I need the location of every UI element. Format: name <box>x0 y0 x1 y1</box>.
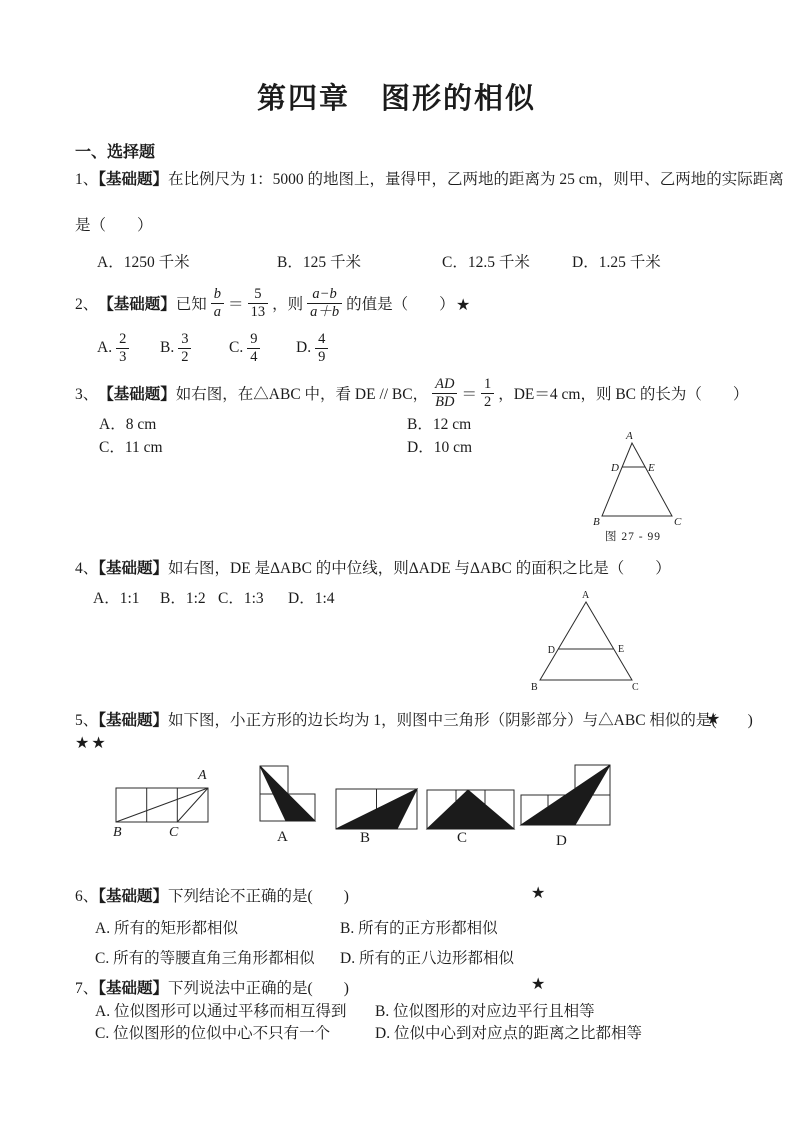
question-1-text: 在比例尺为 1：5000 的地图上，量得甲，乙两地的距离为 25 cm，则甲、乙… <box>168 171 784 188</box>
q1-option-d: D．1.25 千米 <box>572 250 661 272</box>
q5-option-a-figure: A <box>248 758 328 848</box>
question-7-tag: 【基础题】 <box>98 980 168 997</box>
shaded-triangle <box>427 790 514 829</box>
question-6-line: 6、【基础题】下列结论不正确的是( ) <box>75 884 349 906</box>
question-1-number: 1、 <box>75 171 98 188</box>
vertex-label-b: B <box>531 682 538 693</box>
question-1-line-2: 是（ ） <box>75 213 153 235</box>
q5-option-c-figure: C <box>423 785 523 845</box>
question-7-options-row-2: C. 位似图形的位似中心不只有一个 D. 位似中心到对应点的距离之比都相等 <box>95 1021 735 1043</box>
worksheet-page: 第四章 图形的相似 一、选择题 1、【基础题】在比例尺为 1：5000 的地图上… <box>0 0 793 1122</box>
q7-option-c: C. 位似图形的位似中心不只有一个 <box>95 1021 330 1043</box>
fraction-AD-over-BD: ADBD <box>432 376 457 410</box>
q5-option-b-figure: B <box>332 785 422 845</box>
question-7-options-row-1: A. 位似图形可以通过平移而相互得到 B. 位似图形的对应边平行且相等 <box>95 999 735 1021</box>
question-6-options-row-1: A. 所有的矩形都相似 B. 所有的正方形都相似 <box>95 916 695 938</box>
q1-option-b: B．125 千米 <box>277 250 361 272</box>
vertex-label-d: D <box>610 462 619 474</box>
q5-option-d-figure: D <box>516 757 620 849</box>
q6-option-c: C. 所有的等腰直角三角形都相似 <box>95 946 315 968</box>
difficulty-stars-q5-line2: ★★ <box>75 733 108 753</box>
q3-triangle-figure: A D E B C <box>592 428 687 528</box>
fraction-9-over-4: 94 <box>247 331 260 365</box>
q5-reference-grid-figure: A B C <box>103 757 223 839</box>
difficulty-star-q2: ★ <box>456 295 470 315</box>
question-3-number: 3、 <box>75 382 98 404</box>
difficulty-star-q7: ★ <box>531 974 545 994</box>
question-7-number: 7、 <box>75 980 98 997</box>
q7-option-a: A. 位似图形可以通过平移而相互得到 <box>95 999 346 1021</box>
question-6-number: 6、 <box>75 888 98 905</box>
question-5-line: 5、【基础题】如下图，小正方形的边长均为 1，则图中三角形（阴影部分）与△ABC… <box>75 708 753 730</box>
question-4-options: A．1:1 B．1:2 C．1:3 D．1:4 <box>93 586 393 608</box>
question-2-tag: 【基础题】 <box>98 292 176 314</box>
q6-option-a: A. 所有的矩形都相似 <box>95 916 238 938</box>
fraction-2-over-3: 23 <box>116 331 129 365</box>
q4-option-b: B．1:2 <box>160 586 206 608</box>
question-6-tag: 【基础题】 <box>98 888 168 905</box>
fraction-1-over-2: 12 <box>481 376 494 410</box>
fraction-a-minus-b-over-a-plus-b: a−ba＋b <box>307 286 342 320</box>
option-d-label: D <box>556 833 567 849</box>
equals-sign: ＝ <box>461 382 477 404</box>
fraction-b-over-a: ba <box>211 286 224 320</box>
difficulty-star-q5: ★ <box>706 709 720 729</box>
q2-option-b: B.32 <box>160 331 195 365</box>
question-6-options-row-2: C. 所有的等腰直角三角形都相似 D. 所有的正八边形都相似 <box>95 946 695 968</box>
fraction-3-over-2: 32 <box>178 331 191 365</box>
q4-option-c: C．1:3 <box>218 586 264 608</box>
vertex-label-d: D <box>548 645 555 656</box>
question-1-options: A．1250 千米 B．125 千米 C．12.5 千米 D．1.25 千米 <box>97 250 717 272</box>
question-7-line: 7、【基础题】下列说法中正确的是( ) <box>75 976 349 998</box>
question-4-text: 如右图，DE 是ΔABC 的中位线，则ΔADE 与ΔABC 的面积之比是（ ） <box>168 560 671 577</box>
fraction-5-over-13: 513 <box>248 286 269 320</box>
question-4-number: 4、 <box>75 560 98 577</box>
question-6-text: 下列结论不正确的是( ) <box>168 888 349 905</box>
question-1-line-1: 1、【基础题】在比例尺为 1：5000 的地图上，量得甲，乙两地的距离为 25 … <box>75 167 784 189</box>
q4-option-d: D．1:4 <box>288 586 335 608</box>
vertex-label-a: A <box>197 768 207 783</box>
triangle-abc <box>540 602 632 680</box>
vertex-label-b: B <box>593 516 600 528</box>
question-4-line: 4、【基础题】如右图，DE 是ΔABC 的中位线，则ΔADE 与ΔABC 的面积… <box>75 556 671 578</box>
option-c-label: C <box>457 830 467 846</box>
q2-option-c: C.94 <box>229 331 264 365</box>
triangle-abc <box>602 443 672 516</box>
q2-option-d: D.49 <box>296 331 332 365</box>
vertex-label-a: A <box>582 590 590 601</box>
question-2-number: 2、 <box>75 292 98 314</box>
question-3-tag: 【基础题】 <box>98 382 176 404</box>
q6-option-b: B. 所有的正方形都相似 <box>340 916 498 938</box>
q3-option-b: B．12 cm <box>407 412 471 434</box>
section-heading: 一、选择题 <box>75 139 155 162</box>
question-1-tag: 【基础题】 <box>98 171 168 188</box>
question-3-text-2: ，DE＝4 cm，则 BC 的长为（ ） <box>498 382 748 404</box>
q4-triangle-figure: A D E B C <box>528 588 648 693</box>
q7-option-b: B. 位似图形的对应边平行且相等 <box>375 999 595 1021</box>
option-b-label: B <box>360 830 370 846</box>
question-3-options-row-1: A．8 cm B．12 cm <box>99 412 599 434</box>
question-2-text-2: ，则 <box>272 292 303 314</box>
question-7-text: 下列说法中正确的是( ) <box>168 980 349 997</box>
question-4-tag: 【基础题】 <box>98 560 168 577</box>
question-3-text-1: 如右图，在△ABC 中，看 DE // BC， <box>176 382 428 404</box>
question-2-text-3: 的值是（ ） <box>346 292 455 314</box>
vertex-label-a: A <box>625 430 633 442</box>
q3-option-a: A．8 cm <box>99 412 156 434</box>
question-3-options-row-2: C．11 cm D．10 cm <box>99 435 599 457</box>
q3-figure-caption: 图 27 - 99 <box>605 528 661 544</box>
q6-option-d: D. 所有的正八边形都相似 <box>340 946 514 968</box>
question-2-text-1: 已知 <box>176 292 207 314</box>
difficulty-star-q6: ★ <box>531 883 545 903</box>
vertex-label-e: E <box>647 462 655 474</box>
vertex-label-b: B <box>113 825 122 840</box>
q7-option-d: D. 位似中心到对应点的距离之比都相等 <box>375 1021 642 1043</box>
side-ca <box>177 788 208 822</box>
q3-option-d: D．10 cm <box>407 435 472 457</box>
question-3-line: 3、【基础题】如右图，在△ABC 中，看 DE // BC， ADBD ＝ 12… <box>75 373 748 413</box>
equals-sign: ＝ <box>228 292 244 314</box>
question-5-number: 5、 <box>75 712 98 729</box>
option-a-label: A <box>277 829 288 845</box>
question-5-text: 如下图，小正方形的边长均为 1，则图中三角形（阴影部分）与△ABC 相似的是( … <box>168 712 753 729</box>
page-title: 第四章 图形的相似 <box>0 76 793 117</box>
side-ba <box>116 788 208 822</box>
vertex-label-c: C <box>632 682 639 693</box>
vertex-label-c: C <box>169 825 179 840</box>
q3-option-c: C．11 cm <box>99 435 163 457</box>
vertex-label-c: C <box>674 516 682 528</box>
vertex-label-e: E <box>618 644 624 655</box>
question-2-line: 2、【基础题】已知 ba ＝ 513 ，则 a−ba＋b 的值是（ ） <box>75 282 455 324</box>
question-2-options: A.23 B.32 C.94 D.49 <box>97 331 497 371</box>
q2-option-a: A.23 <box>97 331 133 365</box>
q1-option-a: A．1250 千米 <box>97 250 190 272</box>
question-5-tag: 【基础题】 <box>98 712 168 729</box>
fraction-4-over-9: 49 <box>315 331 328 365</box>
q1-option-c: C．12.5 千米 <box>442 250 530 272</box>
q4-option-a: A．1:1 <box>93 586 140 608</box>
